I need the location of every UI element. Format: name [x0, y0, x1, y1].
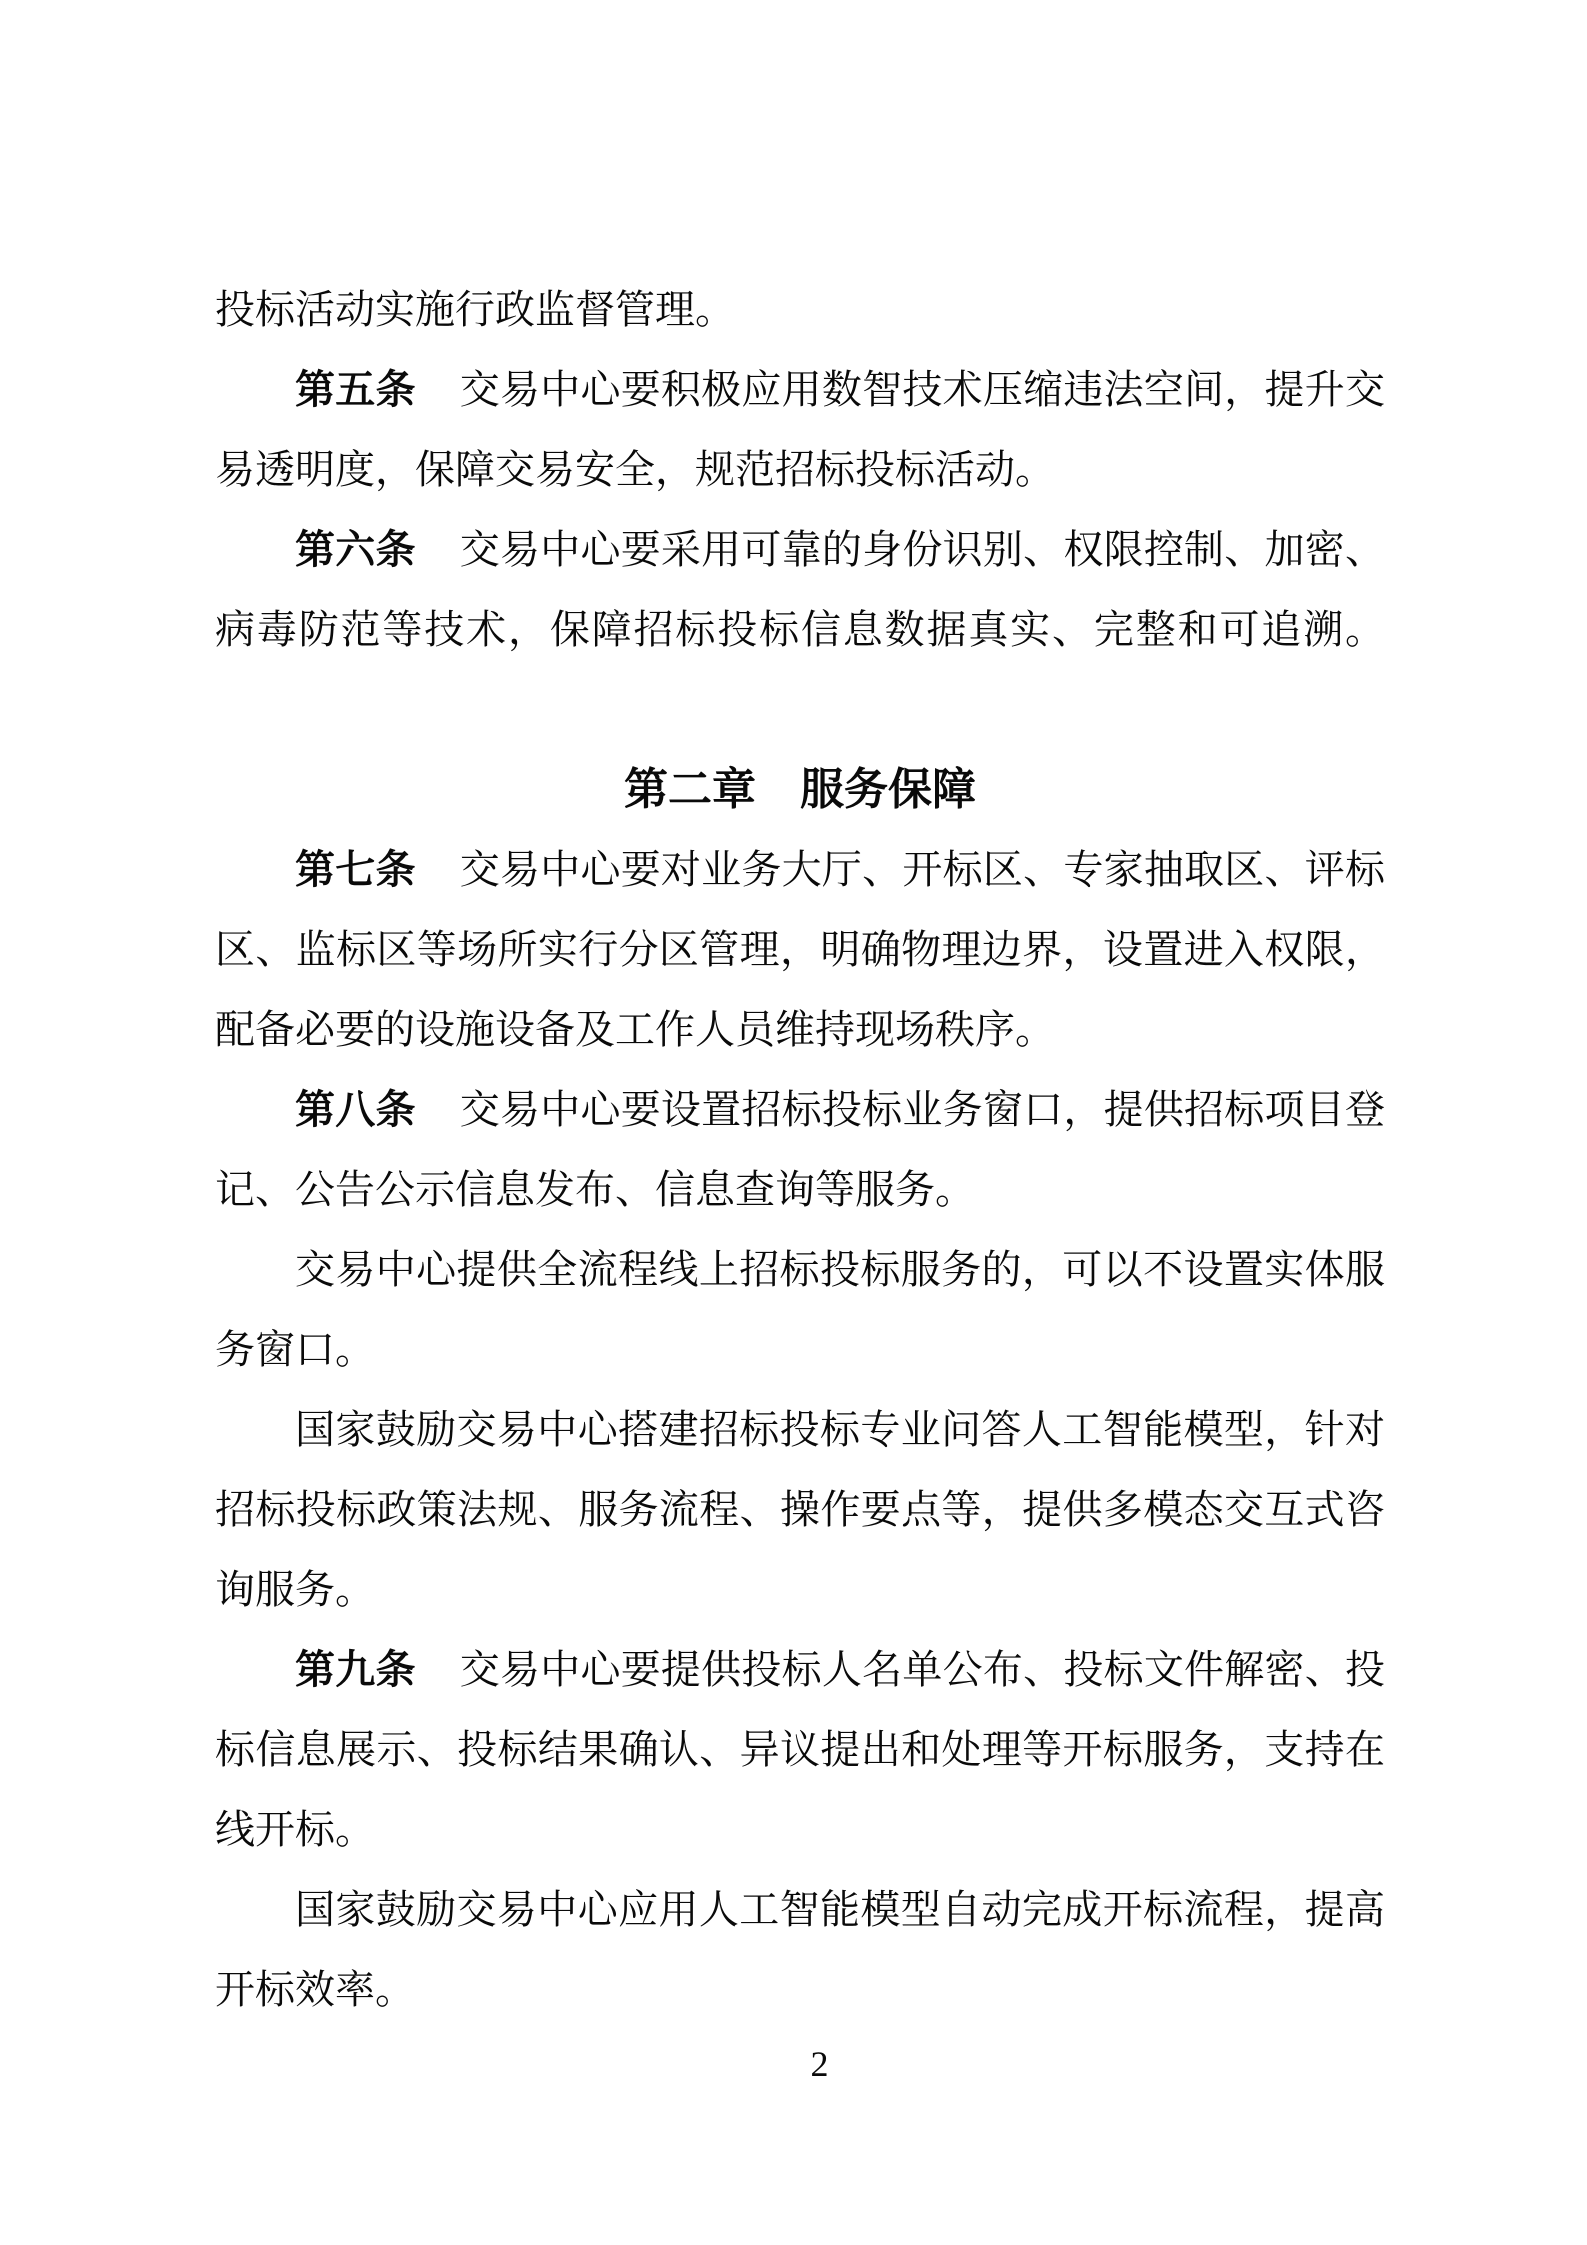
document-line: 线开标。 — [215, 1790, 1385, 1870]
document-line: 配备必要的设施设备及工作人员维持现场秩序。 — [215, 990, 1385, 1070]
article-number-label: 第八条 — [295, 1088, 416, 1132]
document-line: 开标效率。 — [215, 1950, 1385, 2030]
line-text: 交易中心提供全流程线上招标投标服务的，可以不设置实体服 — [295, 1247, 1385, 1292]
line-text: 开标效率。 — [215, 1967, 415, 2012]
line-text: 区、监标区等场所实行分区管理，明确物理边界，设置进入权限， — [215, 927, 1385, 972]
document-page: 投标活动实施行政监督管理。第五条交易中心要积极应用数智技术压缩违法空间，提升交易… — [0, 0, 1587, 2245]
line-text: 标信息展示、投标结果确认、异议提出和处理等开标服务，支持在 — [215, 1727, 1385, 1772]
document-line: 投标活动实施行政监督管理。 — [215, 270, 1385, 350]
line-text: 线开标。 — [215, 1807, 375, 1852]
line-text: 第二章 服务保障 — [624, 765, 976, 814]
line-text: 投标活动实施行政监督管理。 — [215, 287, 735, 332]
line-text: 易透明度，保障交易安全，规范招标投标活动。 — [215, 447, 1055, 492]
line-text: 交易中心要积极应用数智技术压缩违法空间，提升交 — [460, 367, 1385, 412]
document-line: 记、公告公示信息发布、信息查询等服务。 — [215, 1150, 1385, 1230]
line-text: 配备必要的设施设备及工作人员维持现场秩序。 — [215, 1007, 1055, 1052]
line-text: 询服务。 — [215, 1567, 375, 1612]
document-line: 第七条交易中心要对业务大厅、开标区、专家抽取区、评标 — [215, 830, 1385, 910]
line-text: 交易中心要设置招标投标业务窗口，提供招标项目登 — [460, 1087, 1385, 1132]
article-number-label: 第六条 — [295, 528, 416, 572]
document-line: 区、监标区等场所实行分区管理，明确物理边界，设置进入权限， — [215, 910, 1385, 990]
article-number-label: 第五条 — [295, 368, 416, 412]
line-text: 交易中心要提供投标人名单公布、投标文件解密、投 — [460, 1647, 1385, 1692]
document-line: 第九条交易中心要提供投标人名单公布、投标文件解密、投 — [215, 1630, 1385, 1710]
document-line: 国家鼓励交易中心搭建招标投标专业问答人工智能模型，针对 — [215, 1390, 1385, 1470]
page-number: 2 — [811, 2044, 829, 2084]
document-line: 易透明度，保障交易安全，规范招标投标活动。 — [215, 430, 1385, 510]
line-text: 病毒防范等技术，保障招标投标信息数据真实、完整和可追溯。 — [215, 607, 1385, 652]
document-line: 询服务。 — [215, 1550, 1385, 1630]
document-line: 国家鼓励交易中心应用人工智能模型自动完成开标流程，提高 — [215, 1870, 1385, 1950]
footer: 2 — [0, 2042, 1587, 2086]
document-line — [215, 670, 1385, 750]
chapter-heading: 第二章 服务保障 — [215, 750, 1385, 830]
line-text: 招标投标政策法规、服务流程、操作要点等，提供多模态交互式咨 — [215, 1487, 1385, 1532]
document-line: 标信息展示、投标结果确认、异议提出和处理等开标服务，支持在 — [215, 1710, 1385, 1790]
article-number-label: 第七条 — [295, 848, 416, 892]
line-text: 国家鼓励交易中心应用人工智能模型自动完成开标流程，提高 — [295, 1887, 1385, 1932]
document-content: 投标活动实施行政监督管理。第五条交易中心要积极应用数智技术压缩违法空间，提升交易… — [215, 270, 1385, 2030]
document-line: 务窗口。 — [215, 1310, 1385, 1390]
document-line: 第八条交易中心要设置招标投标业务窗口，提供招标项目登 — [215, 1070, 1385, 1150]
document-line: 第六条交易中心要采用可靠的身份识别、权限控制、加密、 — [215, 510, 1385, 590]
document-line: 病毒防范等技术，保障招标投标信息数据真实、完整和可追溯。 — [215, 590, 1385, 670]
article-number-label: 第九条 — [295, 1648, 416, 1692]
document-line: 招标投标政策法规、服务流程、操作要点等，提供多模态交互式咨 — [215, 1470, 1385, 1550]
document-line: 交易中心提供全流程线上招标投标服务的，可以不设置实体服 — [215, 1230, 1385, 1310]
line-text: 交易中心要采用可靠的身份识别、权限控制、加密、 — [460, 527, 1385, 572]
line-text: 国家鼓励交易中心搭建招标投标专业问答人工智能模型，针对 — [295, 1407, 1385, 1452]
line-text: 交易中心要对业务大厅、开标区、专家抽取区、评标 — [460, 847, 1385, 892]
document-line: 第五条交易中心要积极应用数智技术压缩违法空间，提升交 — [215, 350, 1385, 430]
line-text: 记、公告公示信息发布、信息查询等服务。 — [215, 1167, 975, 1212]
line-text: 务窗口。 — [215, 1327, 375, 1372]
